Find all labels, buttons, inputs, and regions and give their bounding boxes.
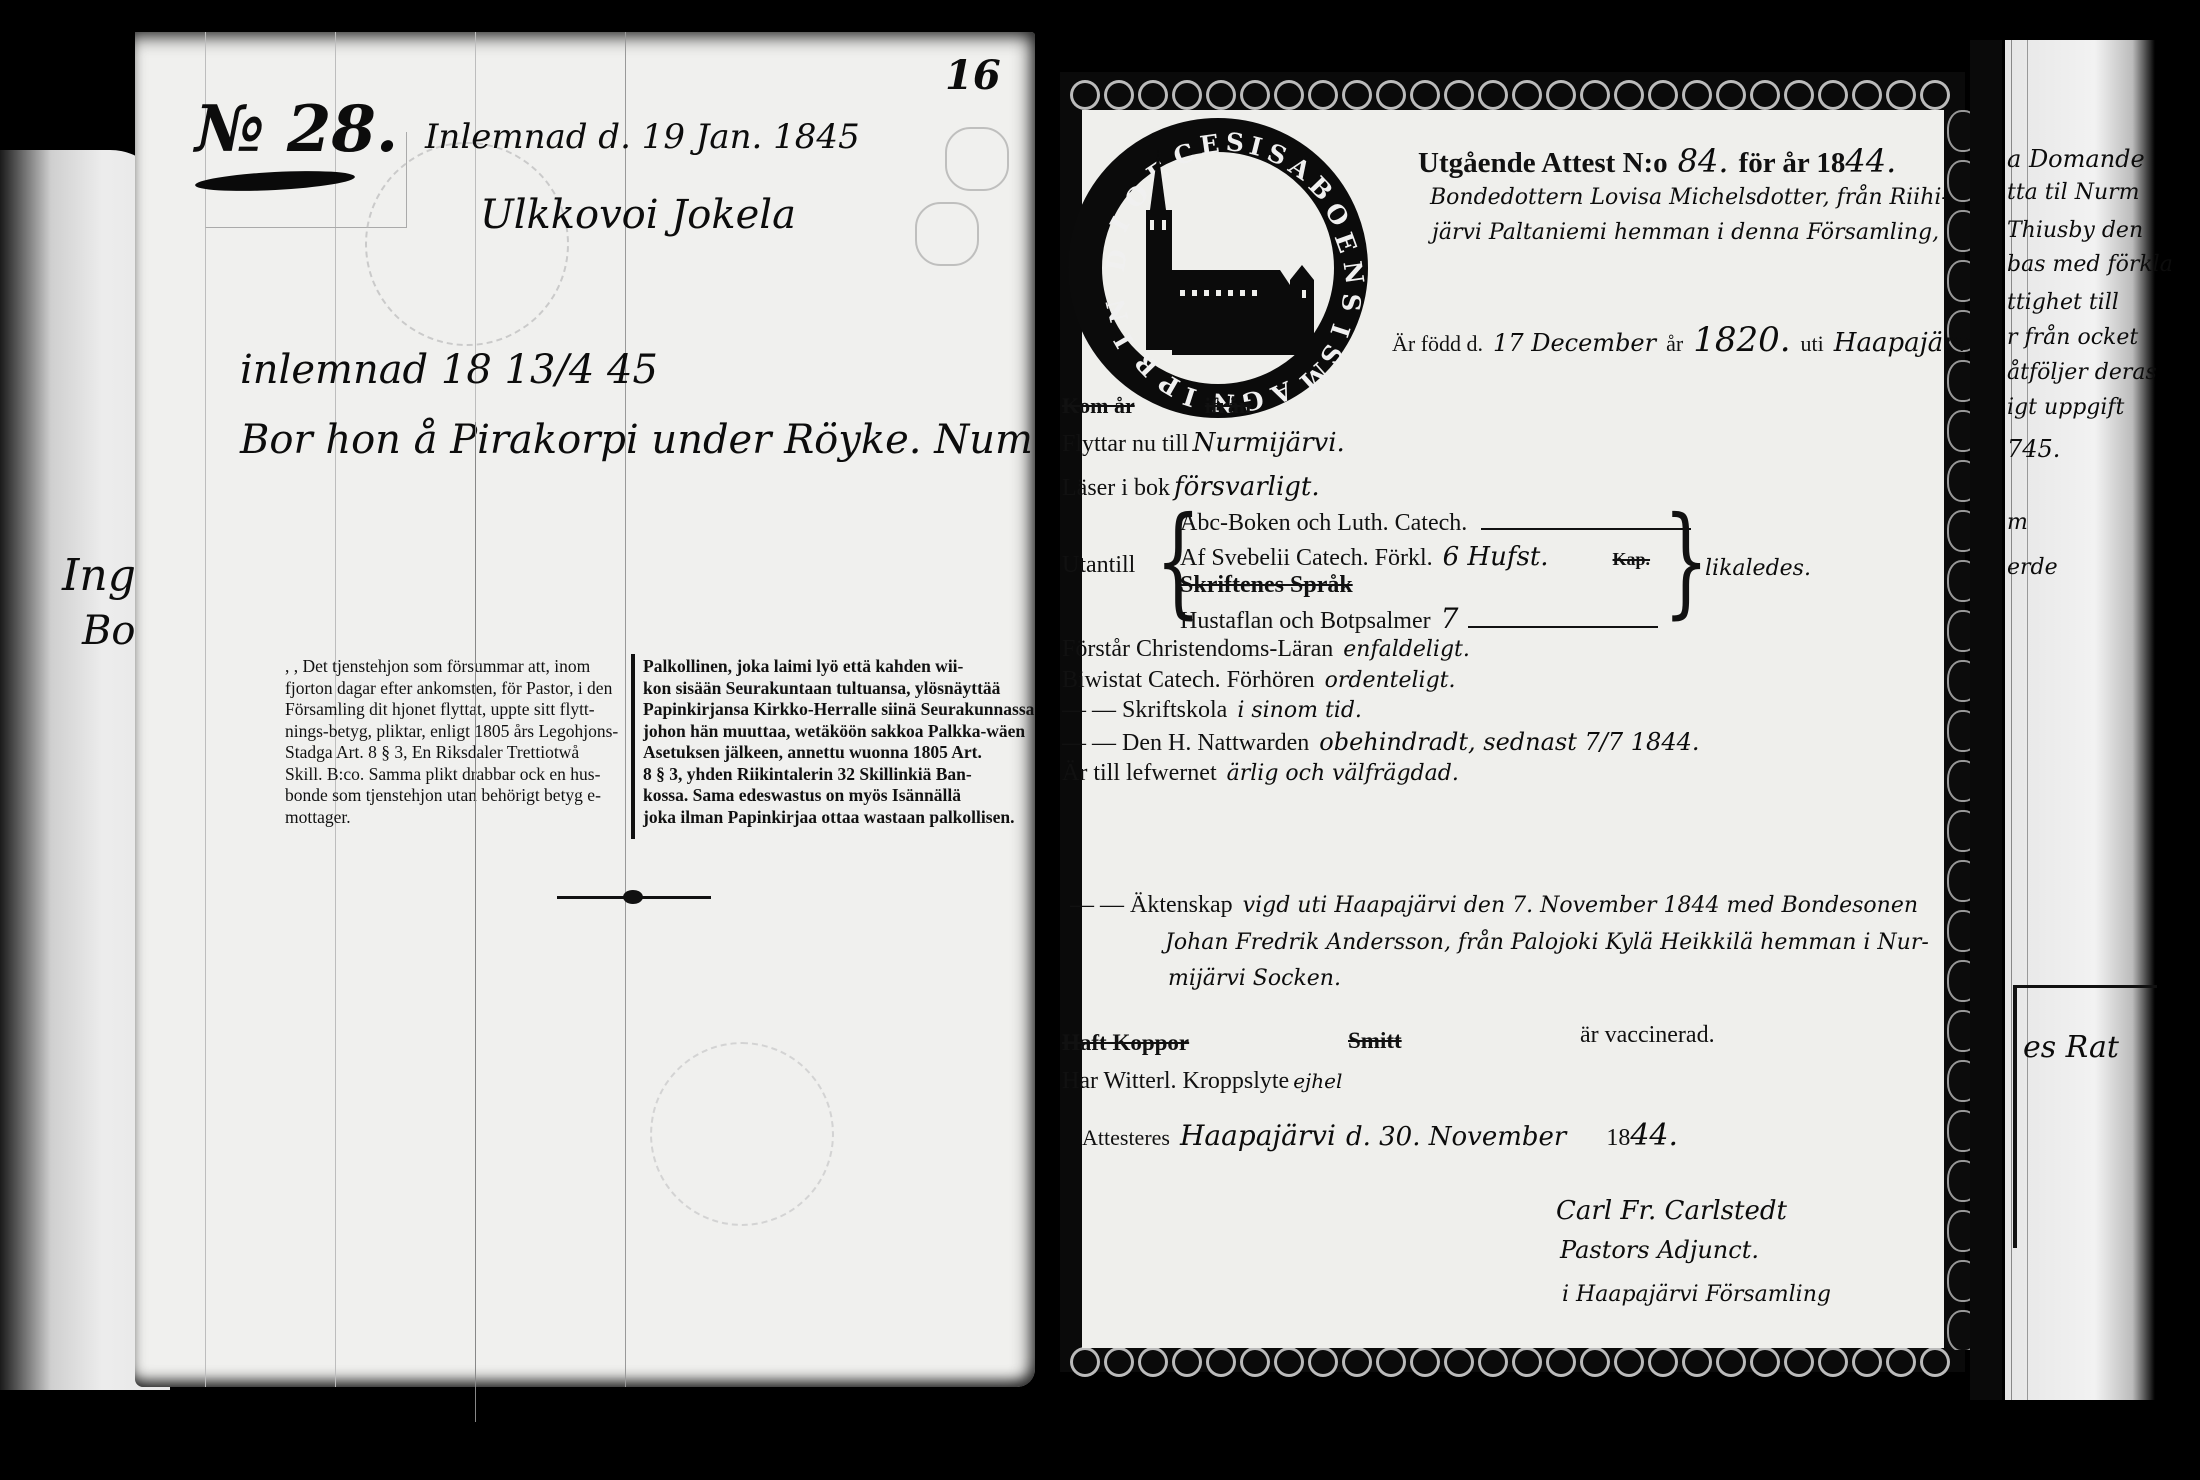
notice-line: bonde som tjenstehjon utan behörigt bety… [285,785,625,807]
marriage-line: Johan Fredrik Andersson, från Palojoki K… [1165,930,1929,955]
utantill-item: Skriftenes Språk [1180,572,1353,599]
ornamental-border-top [1070,78,1960,112]
attest-year: 44. [1630,1118,1678,1153]
faded-round-stamp [365,142,569,346]
field-came-from: Kom år ifrån [1062,393,1251,419]
birth-line: Är född d. 17 December år 1820. uti Haap… [1392,320,1987,360]
notice-line: , , Det tjenstehjon som försummar att, i… [285,656,625,678]
handwritten-note: Bor hon å Pirakorpi under Röyke. Num [240,417,1033,463]
utantill-item-extra: Kap. [1613,549,1651,570]
birth-year-label: år [1666,331,1683,357]
attest-place: Haapajärvi [1180,1119,1336,1152]
notice-line: mottager. [285,807,625,829]
birth-place-label: uti [1801,331,1824,357]
utantill-label: Utantill [1062,552,1135,579]
field-value: obehindradt, sednast 7/7 1844. [1319,728,1699,756]
field-label: Har Witterl. Kroppslyte [1062,1068,1289,1095]
attest-date: d. 30. November [1346,1122,1566,1152]
field-catechism-exams: Biwistat Catech. Förhören ordenteligt. [1062,667,1456,694]
field-label: — — Den H. Nattwarden [1062,730,1309,757]
infection-label: Smitt [1348,1028,1402,1054]
signature-parish: i Haapajärvi Församling [1562,1282,1831,1307]
notice-line: joka ilman Papinkirjaa ottaa wastaan pal… [643,807,1013,829]
marriage-line: mijärvi Socken. [1168,966,1341,991]
fragment-line: m [2007,510,2028,535]
notice-line: 8 § 3, yhden Riikintalerin 32 Skillinkiä… [643,764,1013,786]
field-value: ordenteligt. [1325,668,1456,693]
field-conduct: Är till lefwernet ärlig och välfrägdad. [1062,760,1459,787]
right-brace: } [1663,502,1709,622]
handwritten-note: inlemnad 18 13/4 45 [240,347,658,393]
smallpox-label: Haft Koppor [1062,1030,1189,1056]
signature-name: Carl Fr. Carlstedt [1556,1196,1787,1226]
faded-round-stamp [650,1042,834,1226]
notice-swedish: , , Det tjenstehjon som försummar att, i… [285,656,625,828]
field-holy-communion: — — Den H. Nattwarden obehindradt, sedna… [1062,728,1699,757]
ornamental-border-bottom [1070,1345,1960,1379]
field-label: — — Skriftskola [1062,697,1227,724]
fragment-box [2013,985,2157,1248]
utantill-item: Hustaflan och Botpsalmer 7 [1180,602,1658,635]
handwritten-place: Ulkkovoi Jokela [480,192,796,238]
fragment-line: bas med förkla [2007,252,2173,277]
fold-line [475,422,476,1422]
marriage-line: vigd uti Haapajärvi den 7. November 1844… [1243,893,1918,918]
field-value: ärlig och välfrägdad. [1227,761,1459,786]
field-label: Kom år [1062,393,1135,419]
birth-year: 1820. [1693,320,1790,360]
stub-text: Ing [62,550,136,601]
field-christian-doctrine: Förstår Christendoms-Läran enfaldeligt. [1062,636,1470,663]
field-marriage: — — Äktenskap vigd uti Haapajärvi den 7.… [1070,892,1918,919]
signature-title: Pastors Adjunct. [1560,1236,1759,1264]
fragment-line: tta til Nurm [2007,180,2140,205]
birth-date: 17 December [1493,329,1656,357]
connector-line [1481,528,1691,530]
record-number: № 28. [195,92,398,167]
handwritten-submission-date: Inlemnad d. 19 Jan. 1845 [425,117,860,157]
person-name-line: järvi Paltaniemi hemman i denna Församli… [1432,220,1939,245]
faded-stamp-mark [915,202,979,266]
notice-line: fjorton dagar efter ankomsten, för Pasto… [285,678,625,700]
field-value: i sinom tid. [1237,698,1362,723]
notice-line: kon sisään Seurakuntaan tultuansa, ylösn… [643,678,1013,700]
year-label: för år 18 [1739,147,1846,180]
field-value: ejhel [1293,1069,1342,1093]
fragment-line: ttighet till [2007,290,2119,315]
utantill-item-value: 6 Hufst. [1443,542,1549,572]
fragment-line: 745. [2007,435,2060,463]
field-label: Flyttar nu till [1062,431,1189,458]
utantill-item-value: 7 [1441,602,1459,635]
field-label: Biwistat Catech. Förhören [1062,667,1315,694]
field-label: — — Äktenskap [1070,892,1233,919]
field-label: Förstår Christendoms-Läran [1062,636,1333,663]
utantill-item-text: Skriftenes Språk [1180,572,1353,599]
field-label: ifrån [1205,393,1251,419]
fragment-line: erde [2007,555,2058,580]
notice-line: Församling dit hjonet flyttat, uppte sit… [285,699,625,721]
field-value: enfaldeligt. [1343,637,1470,662]
attest-year-prefix: 18 [1606,1125,1630,1152]
birth-label: Är född d. [1392,331,1483,357]
notice-line: Palkollinen, joka laimi lyö että kahden … [643,656,1013,678]
notice-line: Asetuksen jälkeen, annettu wuonna 1805 A… [643,742,1013,764]
field-bodily-defect: Har Witterl. Kroppslyte ejhel [1062,1068,1342,1095]
fragment-line: r från ocket [2007,325,2138,350]
utantill-item: Abc-Boken och Luth. Catech. [1180,510,1691,537]
utantill-item-text: Hustaflan och Botpsalmer [1180,608,1431,635]
person-name-line: Bondedottern Lovisa Michelsdotter, från … [1430,185,1949,210]
attest-line: Attesteres Haapajärvi d. 30. November 18… [1082,1118,1678,1153]
notice-line: Skill. B:co. Samma plikt drabbar ock en … [285,764,625,786]
fragment-line: Thiusby den [2007,218,2143,243]
connector-line [1468,626,1658,628]
field-label: Läser i bok [1062,475,1170,502]
birth-place: Haapajärvi. [1834,328,1987,358]
field-value: Nurmijärvi. [1193,428,1345,458]
field-label: Är till lefwernet [1062,760,1217,787]
notice-line: kossa. Sama edeswastus on myös Isännällä [643,785,1013,807]
utantill-item: Af Svebelii Catech. Förkl. 6 Hufst. Kap. [1180,542,1650,572]
vaccinated-label: är vaccinerad. [1580,1022,1715,1049]
next-page-fragment: a Domande tta til Nurm Thiusby den bas m… [2005,40,2155,1400]
certificate-title: Utgående Attest N:o 84. för år 18 44. [1418,142,1896,180]
fragment-line: igt uppgift [2007,395,2124,420]
faded-stamp-mark [945,127,1009,191]
left-page: № 28. 16 Inlemnad d. 19 Jan. 1845 Ulkkov… [135,32,1035,1387]
cathedral-icon [1130,150,1330,360]
fragment-line: es Rat [2023,1030,2119,1065]
ornament-center [623,890,643,904]
title-label: Utgående Attest N:o [1418,147,1668,180]
attest-label: Attesteres [1082,1125,1170,1151]
field-confirmation-school: — — Skriftskola i sinom tid. [1062,697,1362,724]
notice-line: Papinkirjansa Kirkko-Herralle siinä Seur… [643,699,1013,721]
notice-line: Stadga Art. 8 § 3, En Riksdaler Trettiot… [285,742,625,764]
corner-number: 16 [945,52,1001,99]
utantill-item-text: Abc-Boken och Luth. Catech. [1180,510,1467,537]
utantill-summary: likaledes. [1705,556,1811,581]
utantill-item-text: Af Svebelii Catech. Förkl. [1180,545,1433,572]
field-moving-to: Flyttar nu till Nurmijärvi. [1062,428,1345,458]
certificate-year: 44. [1845,142,1896,180]
certificate-number: 84. [1678,142,1729,180]
column-divider [631,654,635,839]
notice-line: nings-betyg, pliktar, enligt 1805 års Le… [285,721,625,743]
fragment-line: åtföljer deras [2007,360,2157,385]
fragment-line: a Domande [2007,145,2145,173]
notice-finnish: Palkollinen, joka laimi lyö että kahden … [643,656,1013,828]
gutter [1970,40,2002,1400]
notice-line: johon hän muuttaa, wetäköön sakkoa Palkk… [643,721,1013,743]
